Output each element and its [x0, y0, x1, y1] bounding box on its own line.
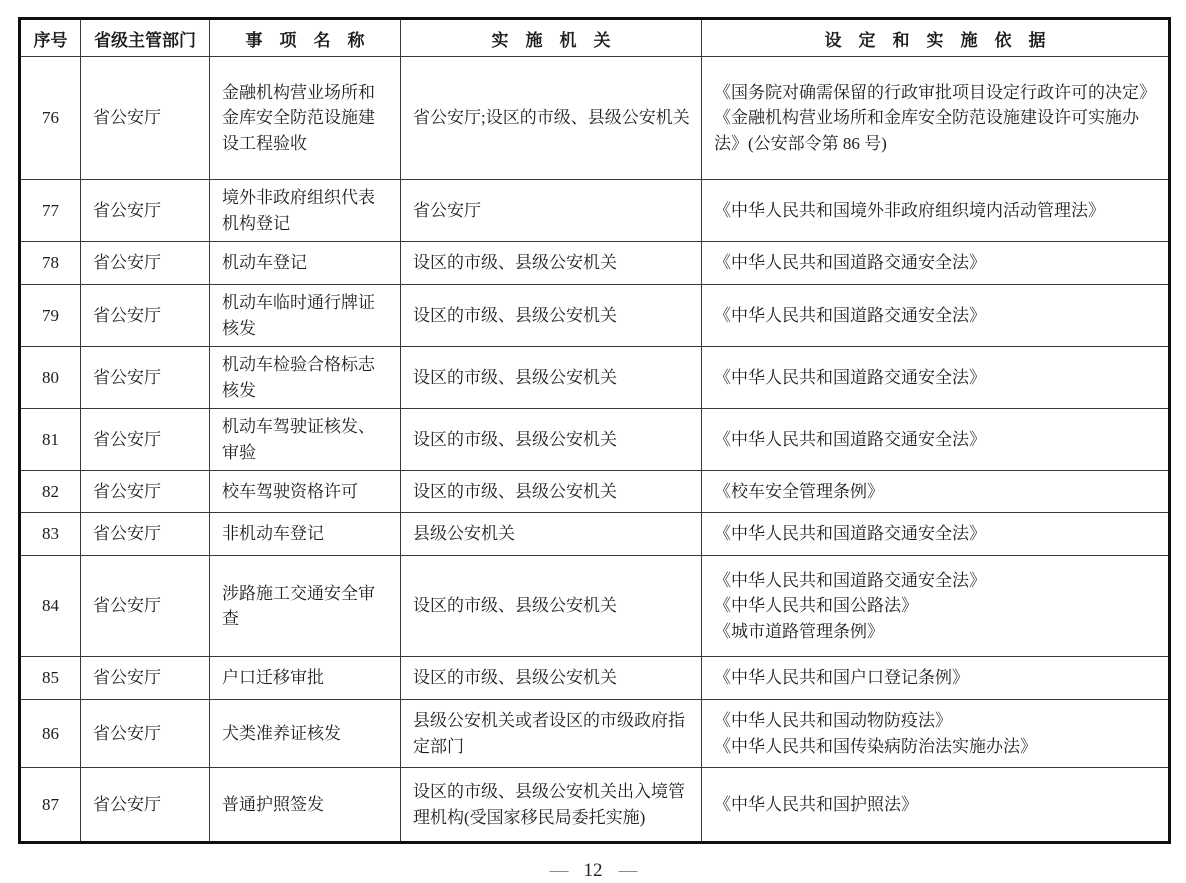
table-row: 87省公安厅普通护照签发设区的市级、县级公安机关出入境管理机构(受国家移民局委托… — [20, 768, 1170, 843]
page-footer: —12— — [18, 860, 1168, 882]
row-agency: 设区的市级、县级公安机关出入境管理机构(受国家移民局委托实施) — [401, 768, 702, 843]
row-agency: 省公安厅 — [401, 180, 702, 242]
table-row: 81省公安厅机动车驾驶证核发、审验设区的市级、县级公安机关《中华人民共和国道路交… — [20, 409, 1170, 471]
row-item-name: 犬类准养证核发 — [210, 700, 401, 768]
row-agency: 设区的市级、县级公安机关 — [401, 556, 702, 657]
table-row: 78省公安厅机动车登记设区的市级、县级公安机关《中华人民共和国道路交通安全法》 — [20, 242, 1170, 285]
row-serial-number: 82 — [20, 471, 81, 513]
row-department: 省公安厅 — [81, 285, 210, 347]
row-basis: 《中华人民共和国道路交通安全法》 — [702, 409, 1170, 471]
row-basis: 《国务院对确需保留的行政审批项目设定行政许可的决定》 《金融机构营业场所和金库安… — [702, 57, 1170, 180]
row-item-name: 非机动车登记 — [210, 513, 401, 556]
row-serial-number: 79 — [20, 285, 81, 347]
table-row: 83省公安厅非机动车登记县级公安机关《中华人民共和国道路交通安全法》 — [20, 513, 1170, 556]
row-serial-number: 86 — [20, 700, 81, 768]
table-row: 76省公安厅金融机构营业场所和金库安全防范设施建设工程验收省公安厅;设区的市级、… — [20, 57, 1170, 180]
row-serial-number: 78 — [20, 242, 81, 285]
footer-dash-left: — — [550, 860, 568, 881]
row-agency: 设区的市级、县级公安机关 — [401, 285, 702, 347]
table-row: 84省公安厅涉路施工交通安全审查设区的市级、县级公安机关《中华人民共和国道路交通… — [20, 556, 1170, 657]
row-item-name: 金融机构营业场所和金库安全防范设施建设工程验收 — [210, 57, 401, 180]
row-basis: 《中华人民共和国境外非政府组织境内活动管理法》 — [702, 180, 1170, 242]
row-item-name: 普通护照签发 — [210, 768, 401, 843]
row-serial-number: 83 — [20, 513, 81, 556]
row-department: 省公安厅 — [81, 409, 210, 471]
row-item-name: 户口迁移审批 — [210, 657, 401, 700]
row-serial-number: 77 — [20, 180, 81, 242]
row-serial-number: 80 — [20, 347, 81, 409]
table-row: 85省公安厅户口迁移审批设区的市级、县级公安机关《中华人民共和国户口登记条例》 — [20, 657, 1170, 700]
col-header-serial-number: 序号 — [20, 19, 81, 57]
page-number: 12 — [584, 860, 603, 881]
table-row: 82省公安厅校车驾驶资格许可设区的市级、县级公安机关《校车安全管理条例》 — [20, 471, 1170, 513]
table-row: 77省公安厅境外非政府组织代表机构登记省公安厅《中华人民共和国境外非政府组织境内… — [20, 180, 1170, 242]
row-agency: 县级公安机关或者设区的市级政府指定部门 — [401, 700, 702, 768]
table-row: 79省公安厅机动车临时通行牌证核发设区的市级、县级公安机关《中华人民共和国道路交… — [20, 285, 1170, 347]
row-item-name: 校车驾驶资格许可 — [210, 471, 401, 513]
col-header-basis: 设 定 和 实 施 依 据 — [702, 19, 1170, 57]
col-header-item-name: 事 项 名 称 — [210, 19, 401, 57]
row-basis: 《中华人民共和国道路交通安全法》 — [702, 347, 1170, 409]
license-items-table: 序号 省级主管部门 事 项 名 称 实 施 机 关 设 定 和 实 施 依 据 … — [18, 17, 1171, 844]
row-department: 省公安厅 — [81, 513, 210, 556]
row-item-name: 机动车登记 — [210, 242, 401, 285]
row-agency: 设区的市级、县级公安机关 — [401, 409, 702, 471]
row-department: 省公安厅 — [81, 657, 210, 700]
row-basis: 《中华人民共和国护照法》 — [702, 768, 1170, 843]
row-basis: 《校车安全管理条例》 — [702, 471, 1170, 513]
row-agency: 省公安厅;设区的市级、县级公安机关 — [401, 57, 702, 180]
row-basis: 《中华人民共和国户口登记条例》 — [702, 657, 1170, 700]
row-item-name: 机动车检验合格标志核发 — [210, 347, 401, 409]
row-basis: 《中华人民共和国道路交通安全法》 — [702, 513, 1170, 556]
row-agency: 设区的市级、县级公安机关 — [401, 471, 702, 513]
row-department: 省公安厅 — [81, 242, 210, 285]
row-department: 省公安厅 — [81, 700, 210, 768]
table-row: 80省公安厅机动车检验合格标志核发设区的市级、县级公安机关《中华人民共和国道路交… — [20, 347, 1170, 409]
row-item-name: 涉路施工交通安全审查 — [210, 556, 401, 657]
row-basis: 《中华人民共和国道路交通安全法》 — [702, 242, 1170, 285]
row-agency: 设区的市级、县级公安机关 — [401, 657, 702, 700]
document-page: 序号 省级主管部门 事 项 名 称 实 施 机 关 设 定 和 实 施 依 据 … — [0, 0, 1186, 883]
row-basis: 《中华人民共和国道路交通安全法》 《中华人民共和国公路法》 《城市道路管理条例》 — [702, 556, 1170, 657]
row-agency: 设区的市级、县级公安机关 — [401, 347, 702, 409]
row-basis: 《中华人民共和国道路交通安全法》 — [702, 285, 1170, 347]
row-serial-number: 85 — [20, 657, 81, 700]
row-agency: 设区的市级、县级公安机关 — [401, 242, 702, 285]
col-header-implementing-agency: 实 施 机 关 — [401, 19, 702, 57]
row-serial-number: 87 — [20, 768, 81, 843]
table-row: 86省公安厅犬类准养证核发县级公安机关或者设区的市级政府指定部门《中华人民共和国… — [20, 700, 1170, 768]
row-serial-number: 84 — [20, 556, 81, 657]
row-department: 省公安厅 — [81, 57, 210, 180]
table-header-row: 序号 省级主管部门 事 项 名 称 实 施 机 关 设 定 和 实 施 依 据 — [20, 19, 1170, 57]
row-agency: 县级公安机关 — [401, 513, 702, 556]
table-body: 76省公安厅金融机构营业场所和金库安全防范设施建设工程验收省公安厅;设区的市级、… — [20, 57, 1170, 843]
footer-dash-right: — — [619, 860, 637, 881]
row-department: 省公安厅 — [81, 347, 210, 409]
row-basis: 《中华人民共和国动物防疫法》 《中华人民共和国传染病防治法实施办法》 — [702, 700, 1170, 768]
row-item-name: 机动车驾驶证核发、审验 — [210, 409, 401, 471]
row-serial-number: 76 — [20, 57, 81, 180]
col-header-department: 省级主管部门 — [81, 19, 210, 57]
row-department: 省公安厅 — [81, 556, 210, 657]
row-department: 省公安厅 — [81, 471, 210, 513]
row-department: 省公安厅 — [81, 180, 210, 242]
row-item-name: 机动车临时通行牌证核发 — [210, 285, 401, 347]
row-department: 省公安厅 — [81, 768, 210, 843]
row-item-name: 境外非政府组织代表机构登记 — [210, 180, 401, 242]
row-serial-number: 81 — [20, 409, 81, 471]
